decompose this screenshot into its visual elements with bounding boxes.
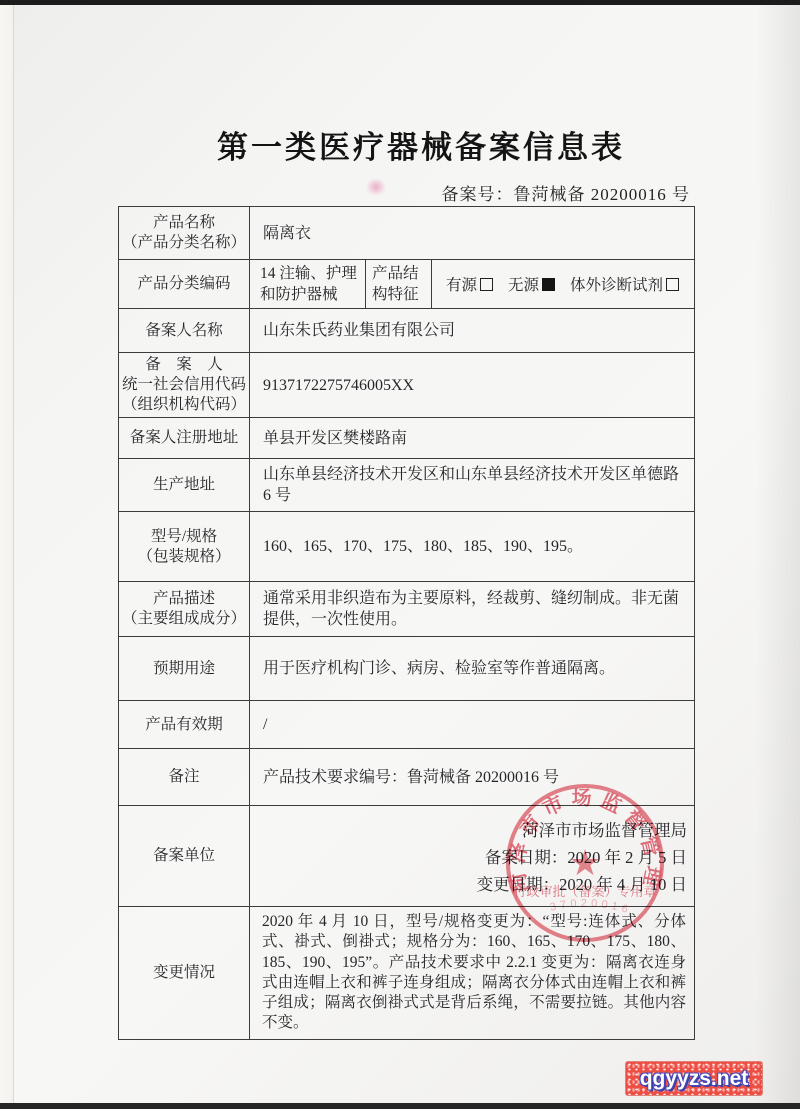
- row-value: /: [250, 701, 694, 748]
- filing-number: 备案号：鲁菏械备 20200016 号: [442, 180, 691, 205]
- site-watermark-badge: qgyyzs.net: [626, 1062, 762, 1095]
- structure-feature-label: 产品结构特征: [366, 260, 432, 308]
- seal-banner-text: 行政审批（备案）专用章: [513, 884, 656, 899]
- classification-sub-row: 14 注输、护理和防护器械 产品结构特征 有源 无源 体外诊断试剂: [250, 260, 694, 308]
- table-row-validity: 产品有效期 /: [119, 700, 694, 748]
- table-row-credit-code: 备 案 人 统一社会信用代码 （组织机构代码） 9137172275746005…: [119, 352, 694, 417]
- table-row-classification: 产品分类编码 14 注输、护理和防护器械 产品结构特征 有源 无源 体外诊断试剂: [119, 259, 694, 308]
- scan-edge-right: [755, 0, 800, 1109]
- option-powered: 有源: [446, 273, 493, 295]
- row-label: 产品名称 （产品分类名称）: [119, 207, 250, 259]
- row-label: 备注: [119, 749, 250, 805]
- row-label: 备 案 人 统一社会信用代码 （组织机构代码）: [119, 353, 250, 417]
- scan-edge-left: [0, 0, 14, 1109]
- row-label: 备案人名称: [119, 309, 250, 352]
- row-label: 产品描述 （主要组成成分）: [119, 582, 250, 636]
- row-value: 160、165、170、175、180、185、190、195。: [250, 512, 694, 581]
- scan-edge-bottom: [0, 1103, 800, 1109]
- official-seal: ★ 菏泽市市场监督管理局 行政审批（备案）专用章 37020016: [498, 776, 672, 950]
- row-label: 产品有效期: [119, 701, 250, 748]
- row-value: 山东单县经济技术开发区和山东单县经济技术开发区单德路 6 号: [250, 459, 694, 511]
- classification-code: 14 注输、护理和防护器械: [250, 260, 366, 308]
- table-row-model-spec: 型号/规格 （包装规格） 160、165、170、175、180、185、190…: [119, 511, 694, 581]
- row-label: 变更情况: [119, 907, 250, 1039]
- watermark-text: qgyyzs.net: [640, 1067, 749, 1091]
- checkbox-unchecked-icon: [480, 278, 493, 291]
- row-label: 备案单位: [119, 806, 250, 906]
- row-value: 用于医疗机构门诊、病房、检验室等作普通隔离。: [250, 637, 694, 700]
- seal-serial: 37020016: [549, 897, 633, 916]
- table-row-product-name: 产品名称 （产品分类名称） 隔离衣: [119, 207, 694, 259]
- row-value: 9137172275746005XX: [250, 353, 694, 417]
- row-value: 山东朱氏药业集团有限公司: [250, 309, 694, 352]
- svg-text:37020016: 37020016: [549, 897, 633, 916]
- structure-feature-options: 有源 无源 体外诊断试剂: [432, 260, 694, 308]
- option-ivd: 体外诊断试剂: [570, 273, 679, 295]
- row-label: 型号/规格 （包装规格）: [119, 512, 250, 581]
- table-row-intended-use: 预期用途 用于医疗机构门诊、病房、检验室等作普通隔离。: [119, 636, 694, 700]
- row-value: 通常采用非织造布为主要原料，经裁剪、缝纫制成。非无菌提供，一次性使用。: [250, 582, 694, 636]
- document-title: 第一类医疗器械备案信息表: [0, 122, 800, 167]
- table-row-registrant-name: 备案人名称 山东朱氏药业集团有限公司: [119, 308, 694, 352]
- row-label: 产品分类编码: [119, 260, 250, 308]
- seal-star-icon: ★: [569, 843, 601, 884]
- row-label: 备案人注册地址: [119, 418, 250, 458]
- table-row-description: 产品描述 （主要组成成分） 通常采用非织造布为主要原料，经裁剪、缝纫制成。非无菌…: [119, 581, 694, 636]
- row-label: 生产地址: [119, 459, 250, 511]
- checkbox-unchecked-icon: [666, 278, 679, 291]
- row-value: 隔离衣: [250, 207, 694, 259]
- table-row-registered-address: 备案人注册地址 单县开发区樊楼路南: [119, 417, 694, 458]
- table-row-production-address: 生产地址 山东单县经济技术开发区和山东单县经济技术开发区单德路 6 号: [119, 458, 694, 511]
- checkbox-checked-icon: [542, 278, 555, 291]
- scan-edge-top: [0, 0, 800, 5]
- option-unpowered: 无源: [508, 273, 555, 295]
- row-label: 预期用途: [119, 637, 250, 700]
- ink-smudge: [366, 178, 386, 196]
- row-value: 单县开发区樊楼路南: [250, 418, 694, 458]
- scanned-filing-form-page: 第一类医疗器械备案信息表 备案号：鲁菏械备 20200016 号 产品名称 （产…: [0, 0, 800, 1109]
